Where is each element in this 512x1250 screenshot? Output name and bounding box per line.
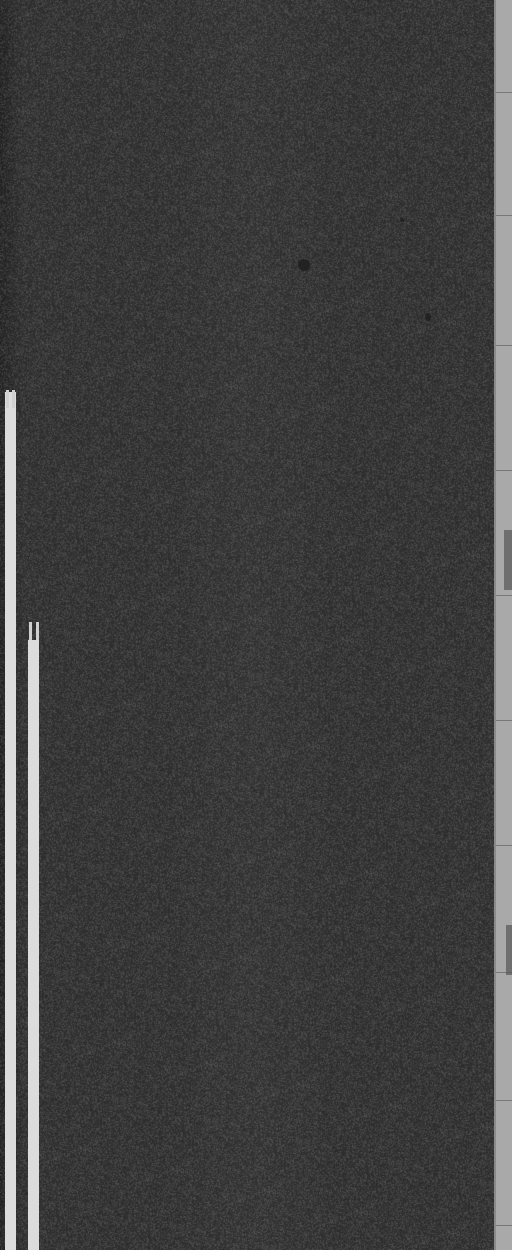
lane-marking-right [28, 640, 39, 1250]
lane-marking-tip [12, 390, 15, 408]
curb-debris [506, 925, 512, 975]
lane-marking-tip [6, 390, 9, 408]
concrete-curb [494, 0, 512, 1250]
curb-debris [504, 530, 512, 590]
curb-joint [496, 1100, 512, 1101]
curb-joint [496, 845, 512, 846]
curb-joint [496, 215, 512, 216]
lane-marking-left [5, 392, 16, 1250]
curb-joint [496, 1225, 512, 1226]
lane-marking-tip [36, 622, 39, 640]
oil-stain [400, 218, 404, 222]
curb-joint [496, 345, 512, 346]
curb-joint [496, 720, 512, 721]
curb-joint [496, 595, 512, 596]
asphalt-texture [0, 0, 494, 1250]
oil-stain [425, 313, 431, 321]
road-scene [0, 0, 512, 1250]
oil-stain [298, 259, 310, 271]
curb-joint [496, 92, 512, 93]
lane-marking-tip [29, 622, 32, 640]
curb-joint [496, 470, 512, 471]
